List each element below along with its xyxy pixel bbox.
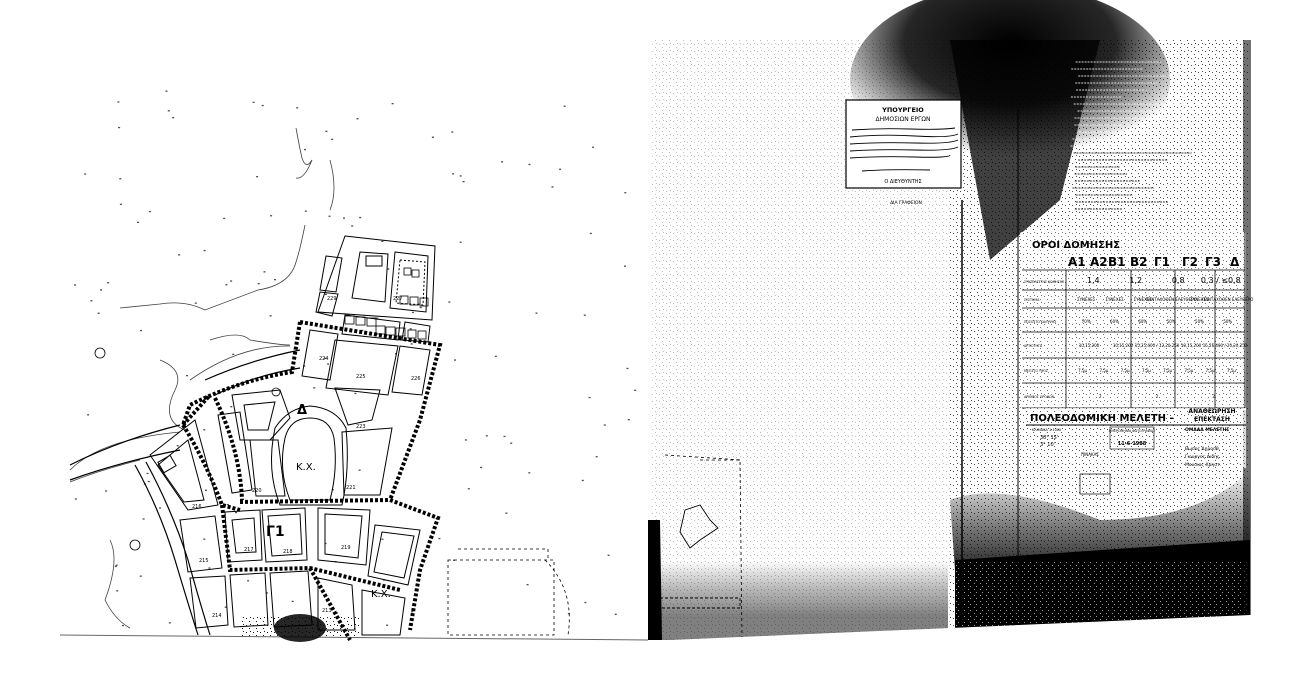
term-value: 7,5μ [1099,368,1108,373]
stamp-note: ΔΙΑ ΓΡΑΦΕΙΟΝ [890,200,922,206]
scale-label: ΚΛΙΜΑΚΑ 1:1000 [1032,428,1061,432]
zone-label-delta: Δ [297,403,307,418]
circle-symbols [95,348,280,550]
block-number: 214 [212,613,222,619]
term-value: 10,15,200 [1113,343,1134,348]
term-value: ΠΑΝΤΑΧΟΘΕΝ ΕΛΕΥΘΕΡΟ [1146,297,1197,302]
term-value: 50% [1223,319,1232,324]
term-value: ΣΥΝΕΧΕΣ [1077,297,1096,302]
stamp-title-1: ΥΠΟΥΡΓΕΙΟ [881,106,924,114]
term-row-label: ΣΥΝΤΕΛΕΣΤΗΣ ΔΟΜΗΣΗΣ [1024,280,1064,284]
block-number: 220 [252,488,262,494]
term-value: 60% [1138,319,1147,324]
zone-label-kx-1: Κ.Χ. [296,462,316,473]
term-value: 0,8 [1172,276,1185,285]
term-value: 2 [1156,394,1159,399]
term-value: 0,3 / ≤0,8 [1201,276,1241,285]
term-value: 7,5μ [1078,368,1087,373]
term-value: 60% [1110,319,1119,324]
photo-date: 11-6-1988 [1118,441,1147,447]
photo-label: ΗΜΕΡΟΜΗΝΙΑ ΦΩΤΟΓΡΑΦΙΑΣ [1109,429,1155,433]
block-number: 217 [244,547,254,553]
zone-header: Β2 [1130,255,1148,269]
term-value: 7,5μ [1121,368,1130,373]
team-member-1: Βωσος Δημοσθ. [1185,446,1220,452]
block-number: 218 [283,549,293,555]
block-number: 223 [356,424,366,430]
title-heading: ΠΟΛΕΟΔΟΜΙΚΗ ΜΕΛΕΤΗ - [1030,413,1174,424]
term-row-label: ΜΕΓΙΣΤΟ ΥΨΟΣ [1024,369,1048,373]
term-value: 7,5μ [1206,368,1215,373]
team-label: ΟΜΑΔΑ ΜΕΛΕΤΗΣ [1185,427,1229,433]
zone-header: Γ1 [1154,255,1170,269]
block-number: 227 [393,296,403,302]
terms-title: ΟΡΟΙ ΔΟΜΗΣΗΣ [1032,240,1120,251]
team-member-3: Μουσιος Χρηστ. [1185,462,1221,468]
coord-1: 30° 15' [1040,435,1058,441]
block-number: 225 [356,374,366,380]
block-number: 219 [341,545,351,551]
zone-header: Γ2 [1182,255,1198,269]
zone-header: Α1 [1068,255,1086,269]
title-sub-1: ΑΝΑΘΕΩΡΗΣΗ [1188,408,1235,415]
term-value: 7,5μ [1227,368,1236,373]
zone-boundaries [183,322,440,640]
term-value: 10,15,200 [1181,343,1202,348]
plan-drawing: Δ Γ1 Κ.Χ. Κ.Χ. 2132142152162172182192202… [0,0,1294,673]
term-value: 7,5μ [1163,368,1172,373]
zone-header: Δ [1230,255,1240,269]
building-terms-table: ΟΡΟΙ ΔΟΜΗΣΗΣ Α1Α2Β1Β2Γ1Γ2Γ3Δ ΣΥΝΤΕΛΕΣΤΗΣ… [1020,232,1253,410]
zone-header: Α2 [1090,255,1108,269]
block-number: 221 [346,485,356,491]
scanned-plan-sheet: Δ Γ1 Κ.Χ. Κ.Χ. 2132142152162172182192202… [0,0,1294,673]
term-row-label: ΠΟΣΟΣΤΟ ΚΑΛΥΨΗΣ [1024,320,1056,324]
contour-lines [70,128,334,628]
term-value: 2 [1212,394,1215,399]
term-value: ΣΥΝΕΧΕΣ [1105,297,1124,302]
team-member-2: Γιουργος Διδης [1185,454,1220,460]
term-value: 1,2 [1129,276,1142,285]
block-number: 229 [327,296,337,302]
block-number: 216 [192,504,202,510]
term-row-label: ΣΥΣΤΗΜΑ [1024,298,1040,302]
sheet-label: ΠΙΝΑΚΑΣ [1081,452,1099,457]
term-value: 7,5μ [1184,368,1193,373]
term-row-label: ΑΡΤΙΟΤΗΤΑ [1024,344,1043,348]
stamp-title-2: ΔΗΜΟΣΙΩΝ ΕΡΓΩΝ [876,116,931,123]
roads [70,350,300,635]
block-number: 226 [411,376,421,382]
term-value: 15,25,400 / 20,20,250 [1203,343,1248,348]
block-number: 224 [319,356,329,362]
term-row-label: ΑΡΙΘΜΟΣ ΟΡΟΦΩΝ [1024,395,1055,399]
left-map-sheet [60,91,742,643]
term-value: 50% [1195,319,1204,324]
zone-header: Γ3 [1205,255,1221,269]
term-value: 1,4 [1087,276,1100,285]
block-number: 215 [199,558,209,564]
term-value: 50% [1167,319,1176,324]
coord-2: 3° 10' [1040,442,1055,448]
spot-heights [74,91,636,627]
zone-label-gamma1: Γ1 [266,524,285,540]
term-value: 70% [1082,319,1091,324]
term-value: 7,5μ [1142,368,1151,373]
term-value: 15,25,400 / 12,20,250 [1135,343,1180,348]
title-sub-2: ΕΠΕΚΤΑΣΗ [1194,416,1230,423]
block-number: 213 [322,608,332,614]
term-value: 10,15,200 [1079,343,1100,348]
zone-header: Β1 [1108,255,1126,269]
term-value: 2 [1099,394,1102,399]
zone-label-kx-2: Κ.Χ. [371,589,391,600]
term-value: ΠΑΝΤΑΧΟΘΕΝ ΕΛΕΥΘΕΡΟ [1202,297,1253,302]
stamp-footer: Ο ΔΙΕΥΘΥΝΤΗΣ [884,179,921,185]
